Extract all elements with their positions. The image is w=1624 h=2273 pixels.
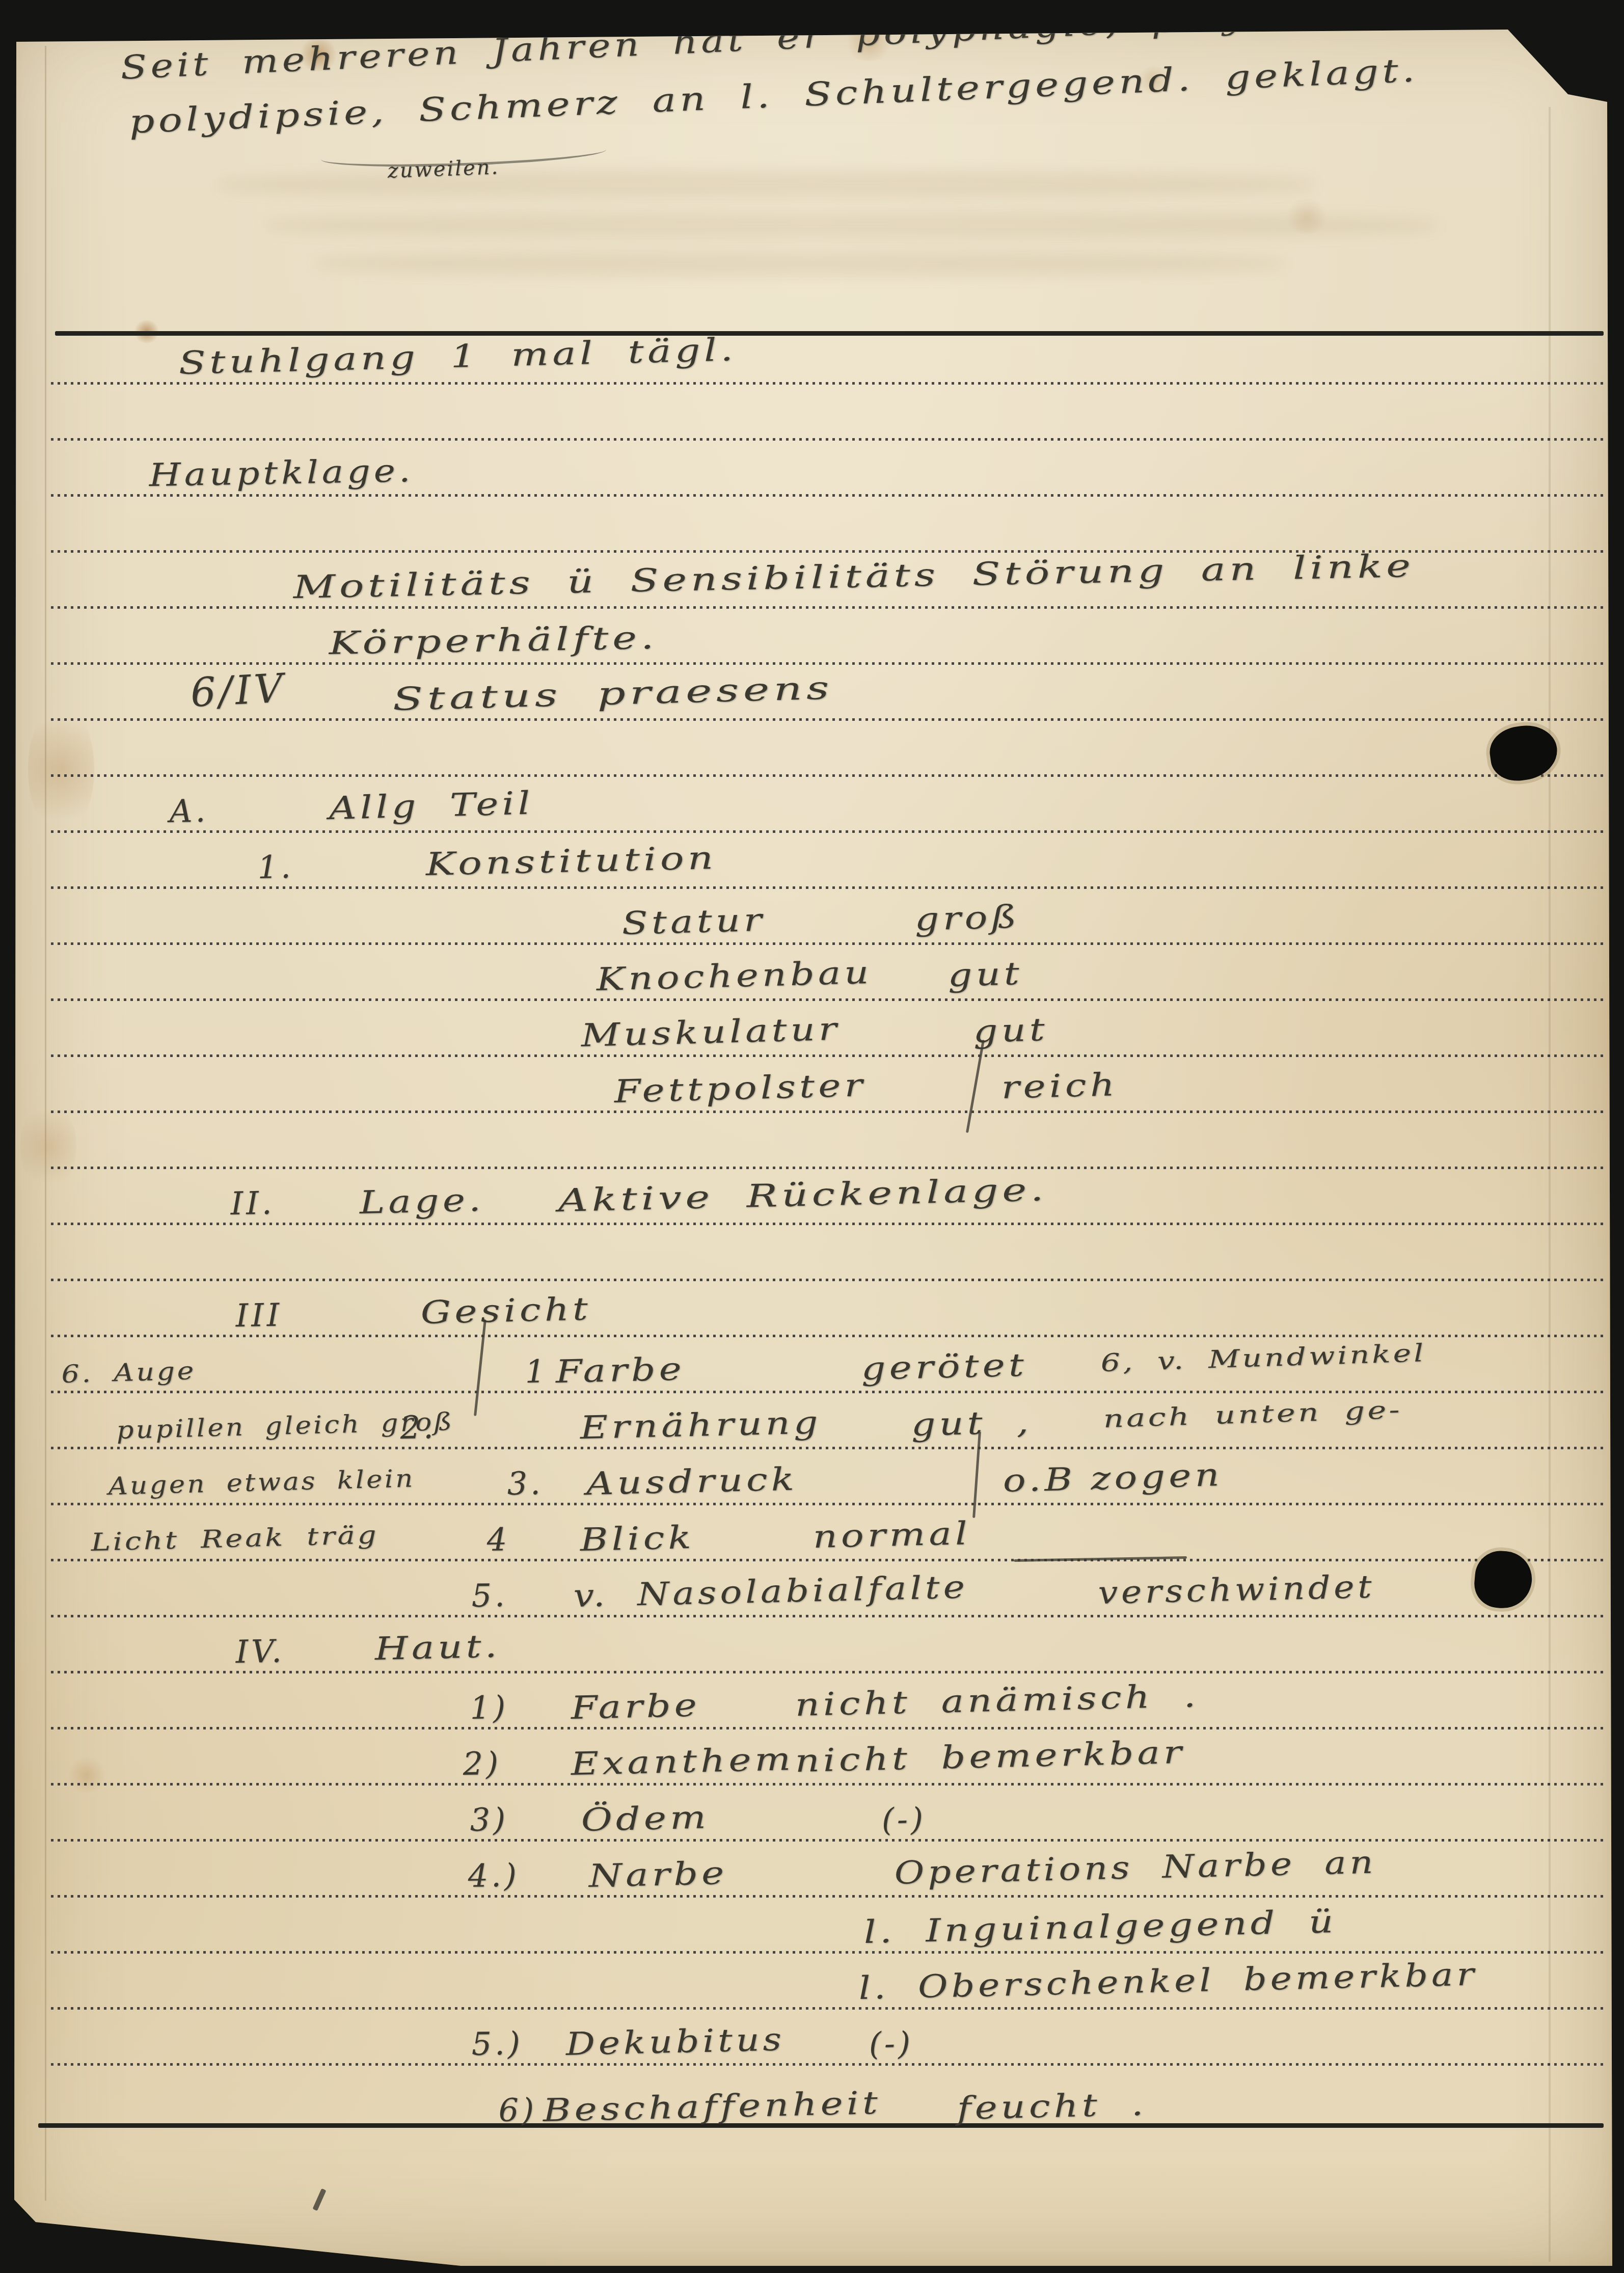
manuscript-page: Seit mehreren Jahren hat er polyphagie, … <box>0 0 1624 2273</box>
ruled-lines <box>51 0 1604 2273</box>
handwriting-haut-item1-value: nicht anämisch . <box>795 1680 1200 1721</box>
handwriting-gesicht-title: Gesicht <box>420 1293 592 1329</box>
handwriting-gesicht-item4-value: normal <box>813 1518 971 1553</box>
handwriting-haut-item1-num: 1) <box>470 1692 509 1724</box>
handwriting-haut-item3-value: (-) <box>881 1803 927 1836</box>
handwriting-gesicht-item3-value: o.B <box>1003 1464 1076 1497</box>
handwriting-statur-value: groß <box>914 901 1020 935</box>
top-rule-line <box>55 331 1604 336</box>
handwriting-gesicht-item5-num: 5. <box>471 1580 508 1612</box>
handwriting-knochenbau-label: Knochenbau <box>596 957 873 995</box>
handwriting-statur-label: Statur <box>621 904 766 939</box>
handwriting-gesicht-item3-label: Ausdruck <box>586 1464 798 1500</box>
handwriting-haut-item3-label: Ödem <box>581 1801 710 1836</box>
handwriting-gesicht-item5-label: v. Nasolabialfalte <box>573 1571 968 1612</box>
paper-sheet: Seit mehreren Jahren hat er polyphagie, … <box>0 0 1624 2273</box>
handwriting-konstitution-num: 1. <box>257 851 294 883</box>
handwriting-gesicht-item2-value: gut , <box>911 1406 1033 1441</box>
handwriting-fettpolster-label: Fettpolster <box>614 1069 867 1107</box>
handwriting-status-date: 6/IV <box>190 668 287 713</box>
handwriting-gesicht-num: III <box>235 1299 283 1332</box>
handwriting-haut-item6-label: Beschaffenheit <box>543 2087 882 2126</box>
handwriting-margin-licht-reak: Licht Reak träg <box>91 1523 379 1555</box>
handwriting-hauptklage-line2: Körperhälfte. <box>329 622 658 659</box>
handwriting-gesicht-item1-value: gerötet <box>861 1349 1028 1385</box>
handwriting-gesicht-item4-label: Blick <box>580 1522 695 1556</box>
handwriting-haut-item5-num: 5.) <box>471 2027 523 2060</box>
handwriting-knochenbau-value: gut <box>948 958 1023 991</box>
handwriting-haut-item4-label: Narbe <box>588 1857 728 1892</box>
handwriting-section-a-label: A. <box>169 795 209 827</box>
handwriting-konstitution-title: Konstitution <box>425 842 717 880</box>
handwriting-haut-item2-label: Exanthem <box>571 1743 795 1780</box>
handwriting-margin-auge: 6. Auge <box>61 1359 196 1387</box>
handwriting-gesicht-item1-label: Farbe <box>555 1353 685 1388</box>
handwriting-haut-item6-value: feucht . <box>957 2089 1147 2124</box>
bottom-rule-line <box>38 2123 1604 2128</box>
handwriting-haut-item5-value: (-) <box>869 2027 914 2060</box>
handwriting-margin-augen-klein: Augen etwas klein <box>108 1466 415 1499</box>
handwriting-haut-item2-value: nicht bemerkbar <box>795 1737 1185 1777</box>
handwriting-gesicht-item5-value: verschwindet <box>1098 1571 1375 1609</box>
handwriting-gesicht-item4-num: 4 <box>486 1524 510 1556</box>
handwriting-haut-item3-num: 3) <box>470 1804 509 1836</box>
handwriting-haut-title: Haut. <box>374 1630 501 1665</box>
handwriting-hauptklage-title: Hauptklage. <box>149 455 414 491</box>
handwriting-haut-item1-label: Farbe <box>571 1689 700 1724</box>
handwriting-gesicht-item2-num: 2. <box>400 1412 437 1444</box>
handwriting-gesicht-item2-label: Ernährung <box>580 1406 822 1444</box>
handwriting-haut-item2-num: 2) <box>463 1748 502 1780</box>
handwriting-haut-item4-num: 4.) <box>468 1859 520 1892</box>
handwriting-gesicht-item1-num: 1 <box>525 1356 549 1388</box>
handwriting-section-a-title: Allg Teil <box>329 787 534 824</box>
handwriting-lage-title: Lage. <box>359 1184 484 1219</box>
handwriting-muskulatur-value: gut <box>973 1014 1049 1047</box>
handwriting-haut-num: IV. <box>235 1635 285 1668</box>
handwriting-side-zogen: zogen <box>1090 1459 1223 1495</box>
handwriting-fettpolster-value: reich <box>1001 1069 1119 1103</box>
handwriting-haut-item5-label: Dekubitus <box>565 2023 786 2060</box>
handwriting-haut-item6-num: 6) <box>498 2094 537 2126</box>
handwriting-lage-num: II. <box>230 1187 275 1220</box>
handwriting-muskulatur-label: Muskulatur <box>581 1013 841 1051</box>
handwriting-gesicht-item3-num: 3. <box>507 1468 544 1500</box>
